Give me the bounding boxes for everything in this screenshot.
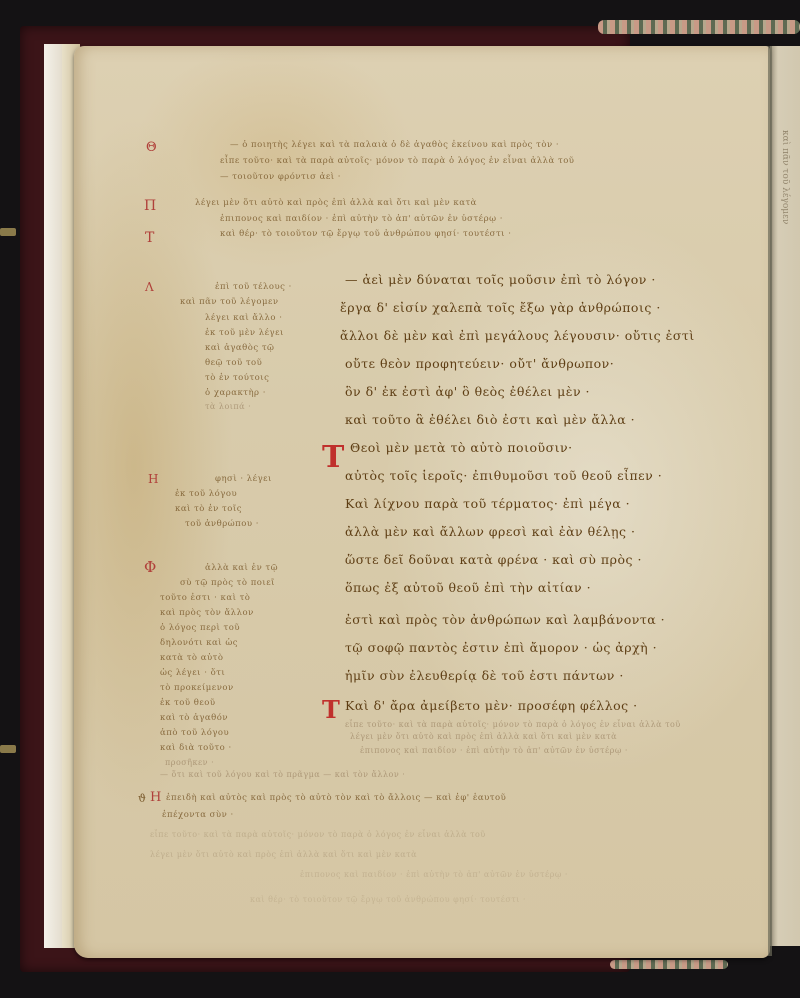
- commentary-line: — τοιοῦτον φρόντισ ἀεὶ ·: [220, 172, 341, 182]
- commentary-line: καὶ θέρ· τὸ τοιοῦτον τῷ ἔργῳ τοῦ ἀνθρώπο…: [220, 229, 511, 239]
- commentary-line: ἐπὶ τοῦ τέλους ·: [215, 282, 292, 292]
- commentary-line: κατὰ τὸ αὐτὸ: [160, 653, 223, 663]
- rubric-initial-large: Τ: [322, 695, 340, 724]
- commentary-line: ὁ χαρακτὴρ ·: [205, 388, 266, 398]
- commentary-line: τὰ λοιπά ·: [205, 402, 251, 411]
- commentary-line: τὸ προκείμενον: [160, 683, 234, 693]
- headband-top: [598, 20, 800, 34]
- facing-page-text: καὶ πᾶν τοῦ λέγομεν: [780, 130, 790, 224]
- commentary-line: ὡς λέγει · ὅτι: [160, 668, 225, 678]
- rubric-initial: Λ: [145, 280, 154, 294]
- faded-line: λέγει μὲν ὅτι αὐτὸ καὶ πρὸς ἐπὶ ἀλλὰ καὶ…: [150, 850, 417, 859]
- gutter-fold: [768, 46, 772, 956]
- text-line: τῷ σοφῷ παντὸς ἐστιν ἐπὶ ἄμορον · ὡς ἀρχ…: [345, 640, 657, 655]
- text-line: ἡμῖν σὺν ἐλευθερίᾳ δὲ τοῦ ἐστι πάντων ·: [345, 668, 624, 683]
- commentary-line: ὁ λόγος περὶ τοῦ: [160, 623, 240, 633]
- text-line: ὃν δ' ἐκ ἐστὶ ἀφ' ὃ θεὸς ἐθέλει μὲν ·: [345, 384, 590, 399]
- rubric-initial: Τ: [145, 230, 154, 246]
- text-line: οὔτε θεὸν προφητεύειν· οὔτ' ἄνθρωπον·: [345, 356, 614, 371]
- commentary-line: ἐκ τοῦ μὲν λέγει: [205, 328, 284, 338]
- text-line: Καὶ λίχνου παρὰ τοῦ τέρματος· ἐπὶ μέγα ·: [345, 496, 630, 511]
- commentary-line: σὺ τῷ πρὸς τὸ ποιεῖ: [180, 578, 275, 588]
- faded-line: εἶπε τοῦτο· καὶ τὰ παρὰ αὐτοῖς· μόνον τὸ…: [150, 830, 486, 839]
- commentary-line: λέγει καὶ ἄλλο ·: [205, 313, 282, 323]
- text-line: ἐστὶ καὶ πρὸς τὸν ἀνθρώπων καὶ λαμβάνοντ…: [345, 612, 665, 627]
- commentary-line: καὶ διὰ τοῦτο ·: [160, 743, 232, 753]
- text-line: ὥστε δεῖ δοῦναι κατὰ φρένα · καὶ σὺ πρὸς…: [345, 552, 642, 567]
- faded-line: ἐπιπονος καὶ παιδίον · ἐπὶ αὐτὴν τὸ ἀπ' …: [300, 870, 568, 879]
- commentary-line: ἐπιπονος καὶ παιδίον · ἐπὶ αὐτὴν τὸ ἀπ' …: [220, 214, 503, 224]
- commentary-line: θεῷ τοῦ τοῦ: [205, 358, 262, 368]
- commentary-line: τὸ ἐν τούτοις: [205, 373, 269, 383]
- commentary-line: δηλονότι καὶ ὡς: [160, 638, 238, 648]
- rubric-initial-large: Τ: [322, 440, 344, 475]
- commentary-line: λέγει μὲν ὅτι αὐτὸ καὶ πρὸς ἐπὶ ἀλλὰ καὶ…: [195, 198, 477, 208]
- interlinear-gloss: λέγει μὲν ὅτι αὐτὸ καὶ πρὸς ἐπὶ ἀλλὰ καὶ…: [350, 732, 617, 741]
- text-line: αὐτὸς τοῖς ἱεροῖς· ἐπιθυμοῦσι τοῦ θεοῦ ε…: [345, 468, 662, 483]
- rubric-initial: Η: [150, 790, 161, 805]
- text-line: Καὶ δ' ἄρα ἀμείβετο μὲν· προσέφη φέλλος …: [345, 698, 638, 713]
- commentary-line: τοῦ ἀνθρώπου ·: [185, 519, 259, 529]
- rubric-initial: Φ: [144, 558, 156, 576]
- text-line: — ἀεὶ μὲν δύναται τοῖς μοῦσιν ἐπὶ τὸ λόγ…: [345, 272, 656, 287]
- commentary-line: ἀπὸ τοῦ λόγου: [160, 728, 229, 738]
- commentary-line: ἀλλὰ καὶ ἐν τῷ: [205, 563, 278, 573]
- commentary-line: καὶ τὸ ἐν τοῖς: [175, 504, 242, 514]
- headband-bottom: [610, 960, 728, 969]
- commentary-line: προσῆκεν ·: [165, 758, 214, 767]
- text-line: Θεοὶ μὲν μετὰ τὸ αὐτὸ ποιοῦσιν·: [350, 440, 573, 455]
- rubric-initial: Θ: [146, 140, 157, 155]
- commentary-line: καὶ ἀγαθὸς τῷ: [205, 343, 274, 353]
- commentary-line: ἐπέχοντα σὺν ·: [162, 810, 234, 820]
- commentary-line: ἐκ τοῦ λόγου: [175, 489, 237, 499]
- commentary-line: — ὅτι καὶ τοῦ λόγου καὶ τὸ πρᾶγμα — καὶ …: [160, 770, 405, 779]
- commentary-line: καὶ πρὸς τὸν ἄλλον: [160, 608, 254, 618]
- rubric-initial: Π: [144, 198, 156, 214]
- text-line: ὅπως ἐξ αὐτοῦ θεοῦ ἐπὶ τὴν αἰτίαν ·: [345, 580, 591, 595]
- commentary-line: ἐπειδὴ καὶ αὐτὸς καὶ πρὸς τὸ αὐτὸ τὸν κα…: [166, 793, 506, 803]
- text-line: ἀλλὰ μὲν καὶ ἄλλων φρεσὶ καὶ ἐὰν θέλῃς ·: [345, 524, 635, 539]
- commentary-line: — ὁ ποιητὴς λέγει καὶ τὰ παλαιὰ ὁ δὲ ἀγα…: [230, 140, 559, 150]
- faded-line: καὶ θέρ· τὸ τοιοῦτον τῷ ἔργῳ τοῦ ἀνθρώπο…: [250, 895, 526, 904]
- rubric-initial: Η: [148, 472, 158, 486]
- commentary-line: καὶ τὸ ἀγαθόν: [160, 713, 228, 723]
- text-line: καὶ τοῦτο ἃ ἐθέλει διὸ ἐστι καὶ μὲν ἄλλα…: [345, 412, 635, 427]
- text-line: ἔργα δ' εἰσίν χαλεπὰ τοῖς ἔξω γὰρ ἀνθρώπ…: [340, 300, 661, 315]
- text-line: ἄλλοι δὲ μὲν καὶ ἐπὶ μεγάλους λέγουσιν· …: [340, 328, 695, 343]
- commentary-line: ἐκ τοῦ θεοῦ: [160, 698, 216, 708]
- clasp-bottom: [0, 745, 16, 753]
- interlinear-gloss: εἶπε τοῦτο· καὶ τὰ παρὰ αὐτοῖς· μόνον τὸ…: [345, 720, 681, 729]
- commentary-line: τοῦτο ἐστι · καὶ τὸ: [160, 593, 250, 603]
- commentary-line: φησὶ · λέγει: [215, 474, 272, 484]
- quire-marker: ϑ: [138, 792, 146, 805]
- interlinear-gloss: ἐπιπονος καὶ παιδίον · ἐπὶ αὐτὴν τὸ ἀπ' …: [360, 746, 628, 755]
- commentary-line: καὶ πᾶν τοῦ λέγομεν: [180, 297, 279, 307]
- commentary-line: εἶπε τοῦτο· καὶ τὰ παρὰ αὐτοῖς· μόνον τὸ…: [220, 156, 574, 166]
- clasp-top: [0, 228, 16, 236]
